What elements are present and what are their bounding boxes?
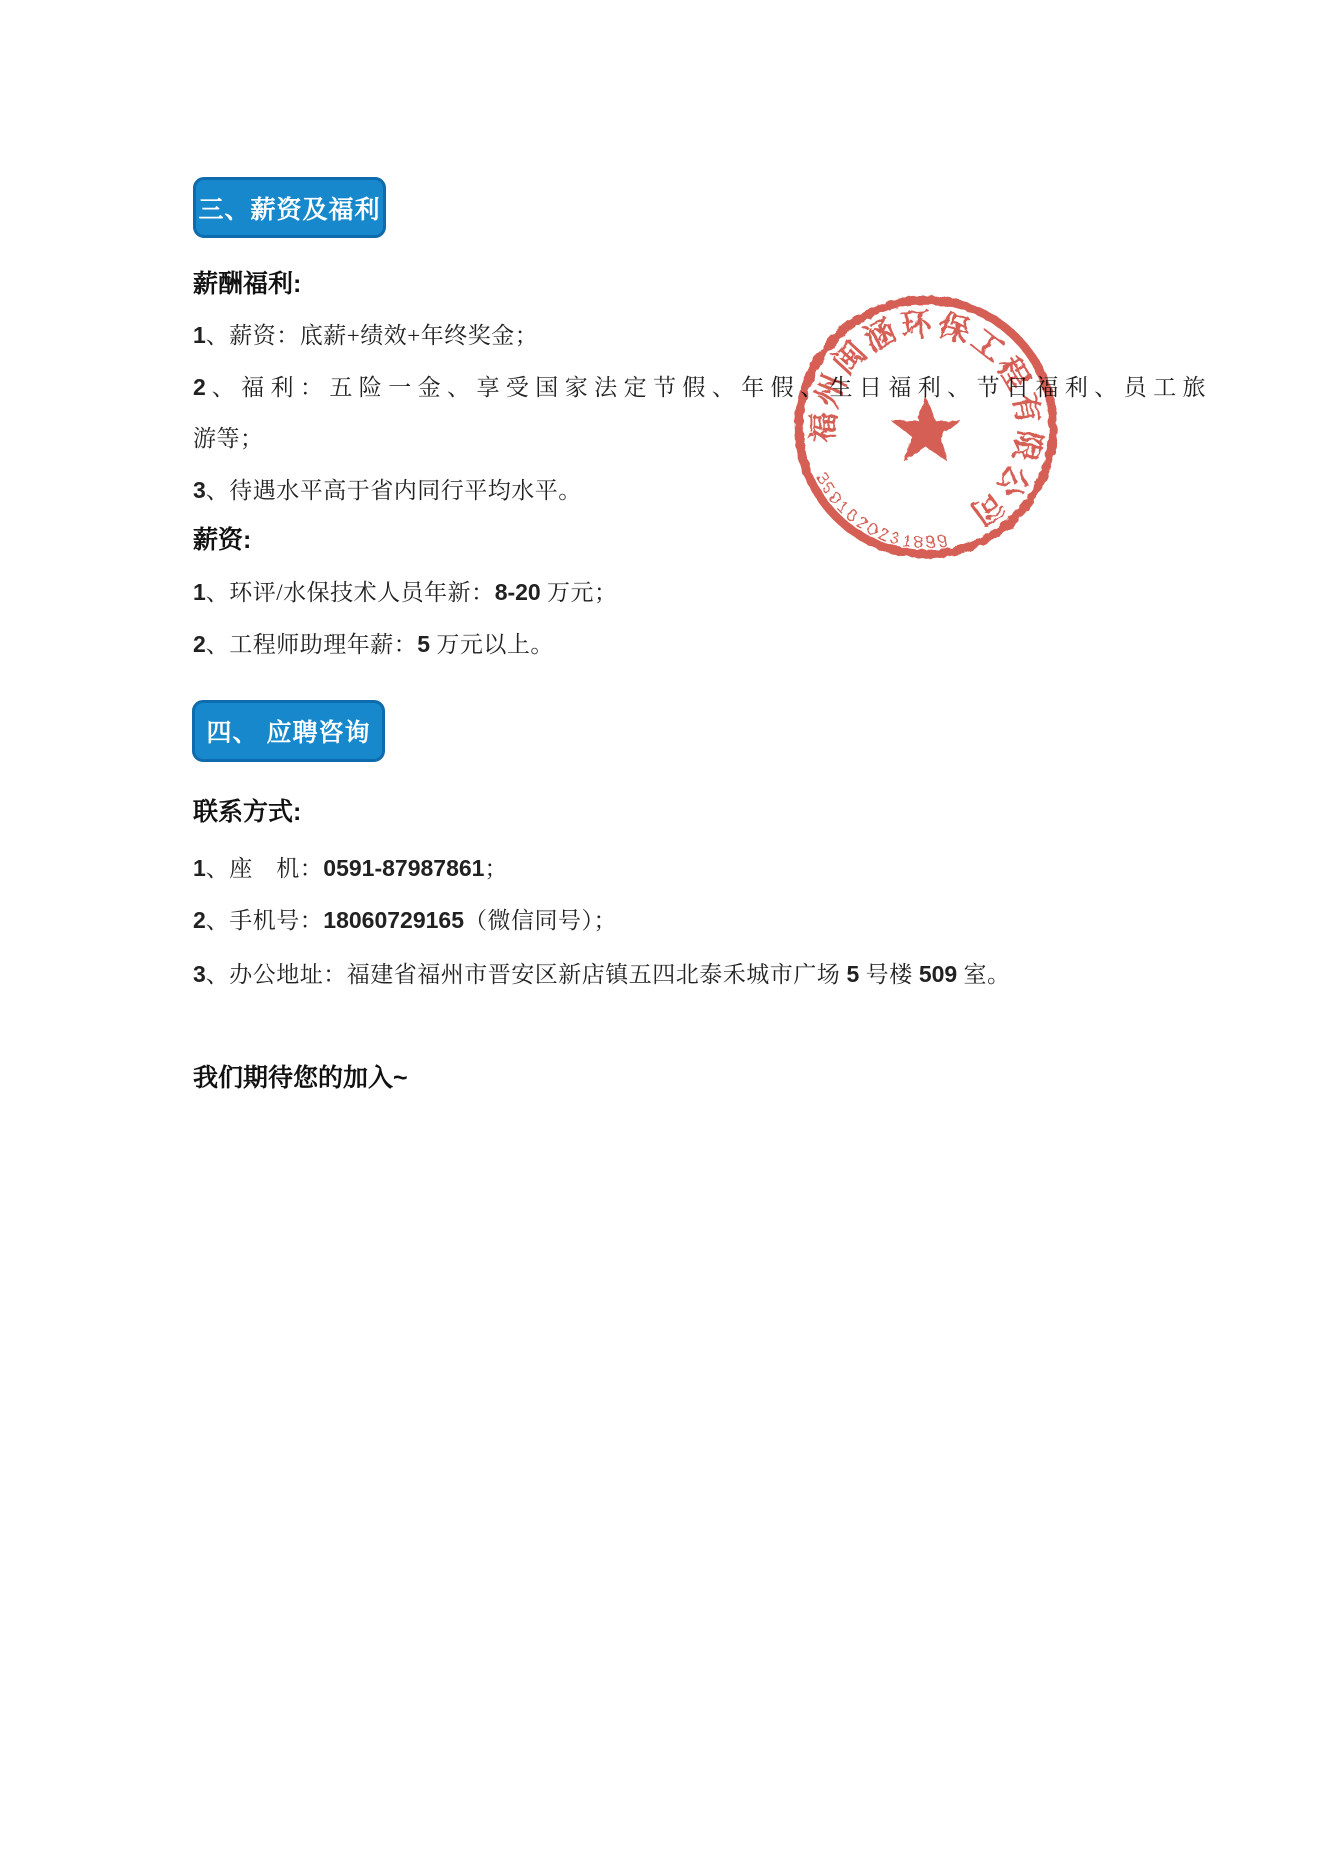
salary-heading: 薪资: [193, 524, 251, 556]
salary-item-2: 2、工程师助理年薪：5 万元以上。 [193, 628, 554, 661]
contact-item-landline: 1、座 机：0591-87987861； [193, 852, 508, 885]
seal-star-icon [891, 395, 961, 462]
section-header-salary-benefits-label: 三、薪资及福利 [198, 190, 380, 226]
contact-item-mobile: 2、手机号：18060729165（微信同号）； [193, 904, 617, 937]
benefit-item-1: 1、薪资：底薪+绩效+年终奖金； [193, 319, 538, 352]
contact-item-address: 3、办公地址：福建省福州市晋安区新店镇五四北泰禾城市广场 5 号楼 509 室。 [193, 958, 1010, 991]
section-header-salary-benefits: 三、薪资及福利 [193, 177, 386, 238]
company-seal-stamp: 福州闽涵环保工程有限公司 3501020231899 [776, 277, 1076, 577]
salary-item-1: 1、环评/水保技术人员年新：8-20 万元； [193, 576, 617, 609]
contact-heading: 联系方式: [193, 796, 301, 828]
section-header-application-inquiry-label: 四、 应聘咨询 [207, 713, 371, 749]
section-header-application-inquiry: 四、 应聘咨询 [192, 700, 385, 762]
closing-line: 我们期待您的加入~ [193, 1062, 408, 1094]
benefits-heading: 薪酬福利: [193, 268, 301, 300]
document-page: 三、薪资及福利 薪酬福利: 1、薪资：底薪+绩效+年终奖金； 2、福利：五险一金… [0, 0, 1322, 1869]
benefit-item-2-line2: 游等； [193, 423, 264, 455]
benefit-item-3: 3、待遇水平高于省内同行平均水平。 [193, 474, 582, 507]
